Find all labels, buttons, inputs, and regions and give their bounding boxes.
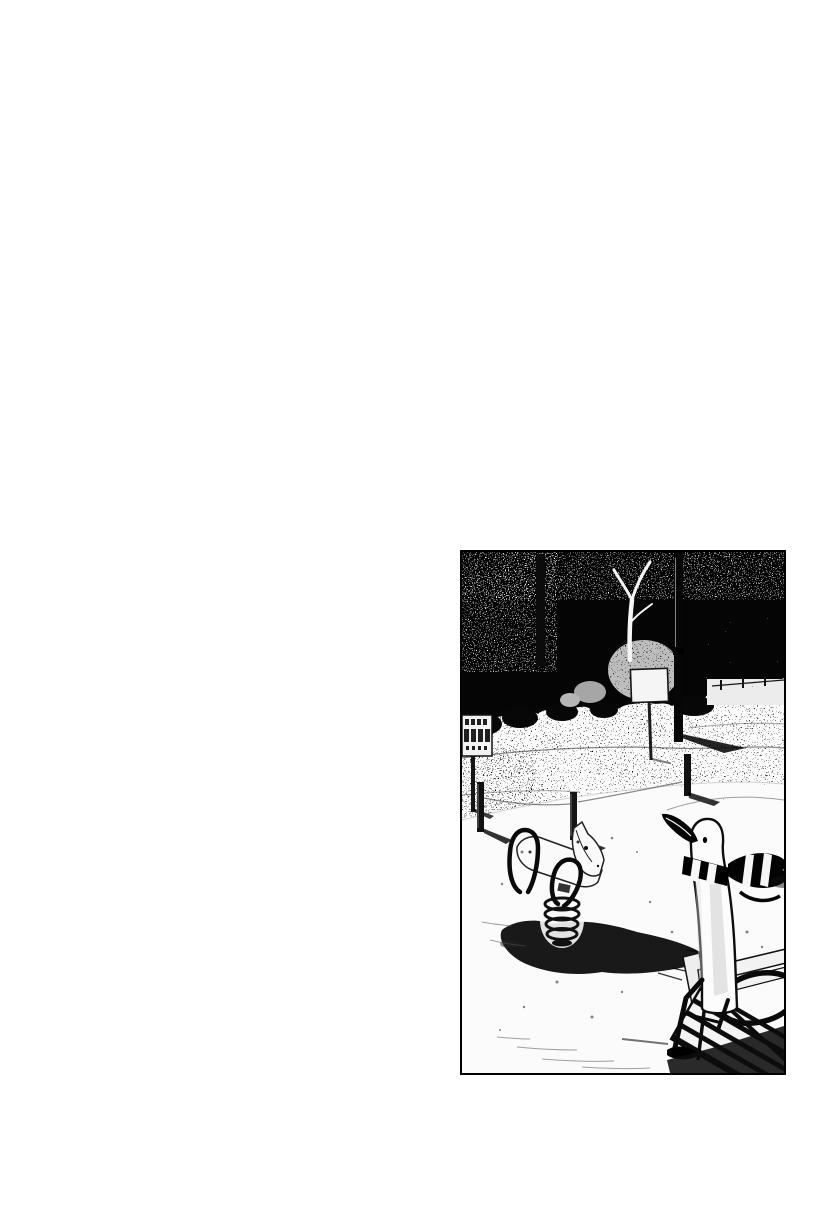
goose-eye	[703, 837, 707, 843]
panel-illustration	[462, 552, 784, 1073]
distant-path	[707, 676, 784, 705]
sand-mound	[667, 777, 784, 817]
dark-tree-trunk	[536, 554, 545, 666]
horse-eye	[584, 846, 588, 850]
manga-page	[0, 0, 840, 1205]
manga-panel	[460, 550, 786, 1075]
